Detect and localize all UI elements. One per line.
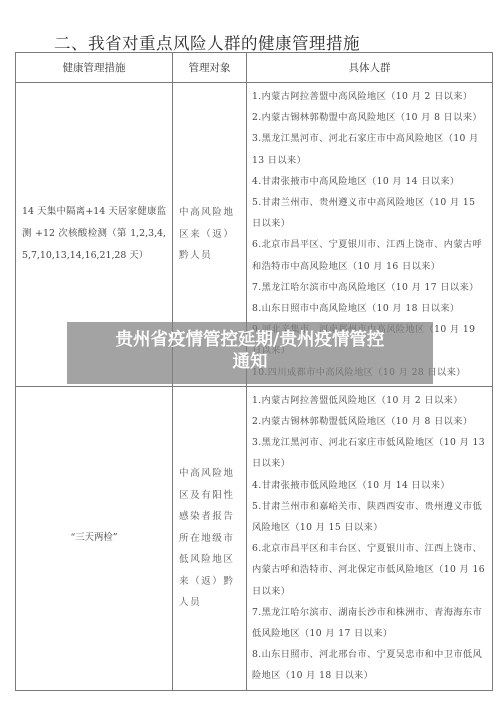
measure-cell: “三天两检” [16, 386, 173, 690]
list-item: 7.黑龙江哈尔滨市中高风险地区（10 月 17 日以来） [252, 277, 488, 298]
list-item: 4.甘肃张掖市低风险地区（10 月 14 日以来） [252, 475, 488, 496]
list-item: 6.北京市昌平区和丰台区、宁夏银川市、江西上饶市、内蒙古呼和浩特市、河北保定市低… [252, 538, 488, 602]
target-cell: 中高风险地区及有阳性感染者报告所在地级市低风险地区来（返）黔人员 [173, 386, 247, 690]
list-item: 2.内蒙古锡林郭勒盟中高风险地区（10 月 8 日以来） [252, 107, 488, 128]
table-row: “三天两检” 中高风险地区及有阳性感染者报告所在地级市低风险地区来（返）黔人员 … [16, 386, 493, 690]
table-header-row: 健康管理措施 管理对象 具体人群 [16, 53, 493, 83]
headline-text: 贵州省疫情管控延期/贵州疫情管控 通知 [67, 322, 433, 373]
headline-overlay: 贵州省疫情管控延期/贵州疫情管控 通知 [67, 322, 433, 384]
list-item: 3.黑龙江黑河市、河北石家庄市中高风险地区（10 月 13 日以来） [252, 128, 488, 170]
list-item: 6.北京市昌平区、宁夏银川市、江西上饶市、内蒙古呼和浩特市中高风险地区（10 月… [252, 234, 488, 276]
list-item: 2.内蒙古锡林郭勒盟低风险地区（10 月 8 日以来） [252, 411, 488, 432]
list-item: 3.黑龙江黑河市、河北石家庄市低风险地区（10 月 13 日以来） [252, 432, 488, 474]
people-cell: 1.内蒙古阿拉善盟低风险地区（10 月 2 日以来） 2.内蒙古锡林郭勒盟低风险… [247, 386, 493, 690]
list-item: 1.内蒙古阿拉善盟低风险地区（10 月 2 日以来） [252, 390, 488, 411]
header-measure: 健康管理措施 [16, 53, 173, 83]
headline-line-1: 贵州省疫情管控延期/贵州疫情管控 [67, 329, 433, 351]
header-target: 管理对象 [173, 53, 247, 83]
section-title: 二、我省对重点风险人群的健康管理措施 [54, 30, 360, 54]
list-item: 1.内蒙古阿拉善盟中高风险地区（10 月 2 日以来） [252, 86, 488, 107]
list-item: 8.山东日照市、河北邢台市、宁夏吴忠市和中卫市低风险地区（10 月 18 日以来… [252, 644, 488, 686]
list-item: 8.山东日照市中高风险地区（10 月 18 日以来） [252, 298, 488, 319]
header-people: 具体人群 [247, 53, 493, 83]
headline-line-2: 通知 [67, 351, 433, 373]
list-item: 5.甘肃兰州市、贵州遵义市中高风险地区（10 月 15 日以来） [252, 192, 488, 234]
list-item: 4.甘肃张掖市中高风险地区（10 月 14 日以来） [252, 171, 488, 192]
list-item: 7.黑龙江哈尔滨市、湖南长沙市和株洲市、青海海东市低风险地区（10 月 17 日… [252, 602, 488, 644]
list-item: 5.甘肃兰州市和嘉峪关市、陕西西安市、贵州遵义市低风险地区（10 月 15 日以… [252, 496, 488, 538]
